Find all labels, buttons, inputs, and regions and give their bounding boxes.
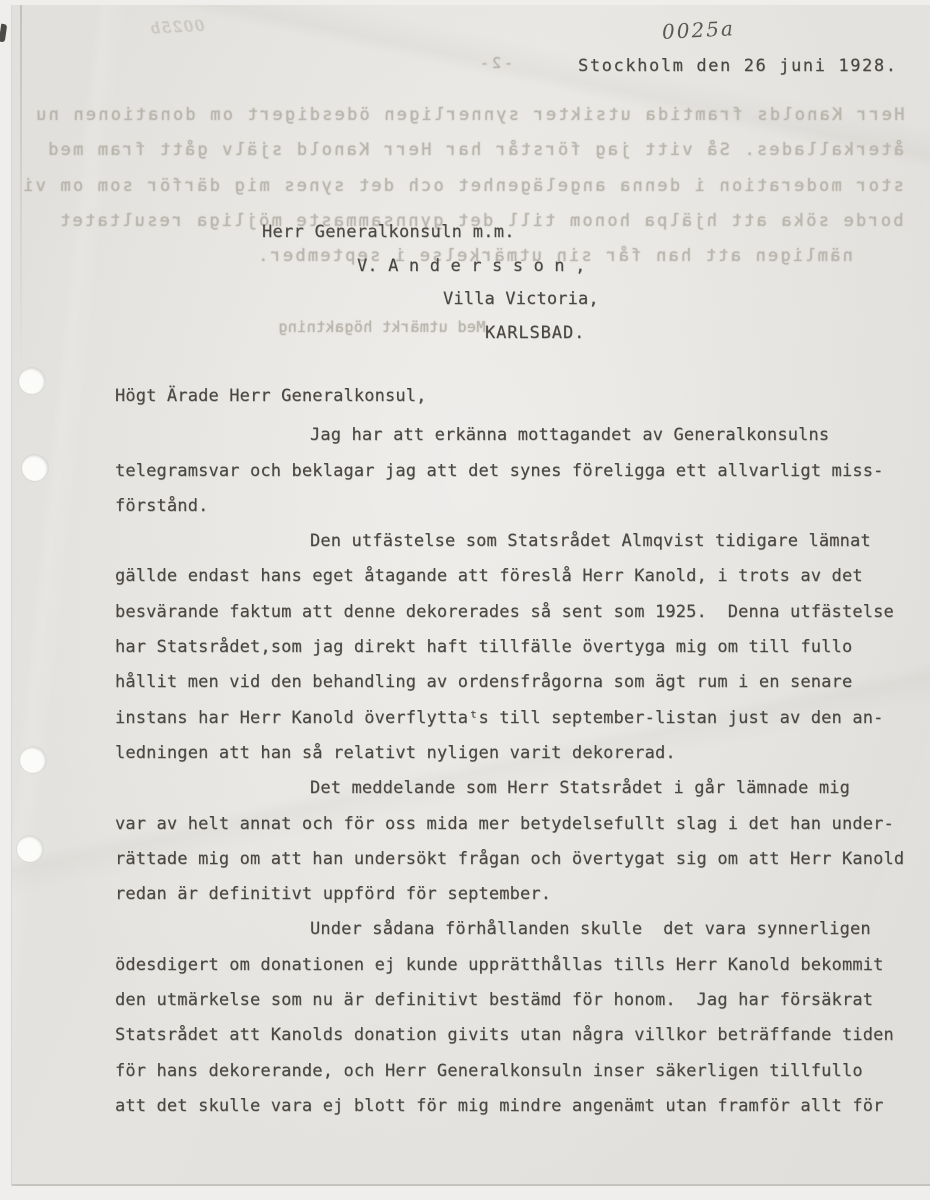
- recipient-person-line: V. A n d e r s s o n ,: [357, 256, 585, 276]
- salutation: Högt Ärade Herr Generalkonsul,: [115, 386, 427, 406]
- scanned-letter-page: 0025b -2- Herr Kanolds framtida utsikter…: [12, 5, 930, 1186]
- body-line: hållit men vid den behandling av ordensf…: [115, 672, 852, 692]
- recipient-city-line: KARLSBAD.: [485, 323, 585, 343]
- punch-hole: [22, 455, 48, 481]
- bleedthrough-line: återkallades. Så vitt jag förstår har He…: [46, 140, 904, 160]
- body-line: Under sådana förhållanden skulle det var…: [310, 919, 871, 939]
- body-line: ödesdigert om donationen ej kunde upprät…: [115, 955, 883, 975]
- page-number-bleedthrough: -2-: [477, 53, 513, 73]
- punch-hole: [19, 368, 45, 394]
- body-line: besvärande faktum att denne dekorerades …: [115, 602, 894, 622]
- body-line: instans har Herr Kanold överflyttaᵗs til…: [115, 708, 883, 728]
- archive-number: 0025a: [661, 16, 735, 44]
- scan-edge-mark: [0, 24, 7, 43]
- body-line: Statsrådet att Kanolds donation givits u…: [115, 1025, 894, 1045]
- body-line: Den utfästelse som Statsrådet Almqvist t…: [310, 531, 871, 551]
- recipient-villa-line: Villa Victoria,: [443, 289, 599, 309]
- body-line: var av helt annat och för oss mida mer b…: [115, 814, 894, 834]
- body-line: redan är definitivt uppförd för septembe…: [115, 884, 551, 904]
- bleedthrough-line: Herr Kanolds framtida utsikter synnerlig…: [34, 105, 904, 125]
- corner-bleedthrough-mark: 0025b: [149, 16, 205, 39]
- dateline: Stockholm den 26 juni 1928.: [578, 56, 898, 76]
- body-line: telegramsvar och beklagar jag att det sy…: [115, 461, 883, 481]
- punch-hole: [17, 836, 43, 862]
- body-line: gällde endast hans eget åtagande att för…: [115, 566, 863, 586]
- body-line: förstånd.: [115, 496, 208, 516]
- body-line: ledningen att han så relativt nyligen va…: [115, 743, 676, 763]
- bleedthrough-line: stor moderation i denna angelägenhet och…: [21, 176, 904, 196]
- body-line: har Statsrådet,som jag direkt haft tillf…: [115, 637, 852, 657]
- body-line: rättade mig om att han undersökt frågan …: [115, 849, 904, 869]
- body-line: Det meddelande som Herr Statsrådet i går…: [310, 778, 850, 798]
- body-line: Jag har att erkänna mottagandet av Gener…: [310, 425, 829, 445]
- body-line: för hans dekorerande, och Herr Generalko…: [115, 1061, 863, 1081]
- body-line: den utmärkelse som nu är definitivt best…: [115, 990, 873, 1010]
- body-line: att det skulle vara ej blott för mig min…: [115, 1096, 883, 1116]
- bleedthrough-closing: Med utmärkt högaktning: [278, 317, 485, 337]
- recipient-name-line: Herr Generalkonsuln m.m.: [262, 222, 515, 242]
- punch-hole: [20, 747, 46, 773]
